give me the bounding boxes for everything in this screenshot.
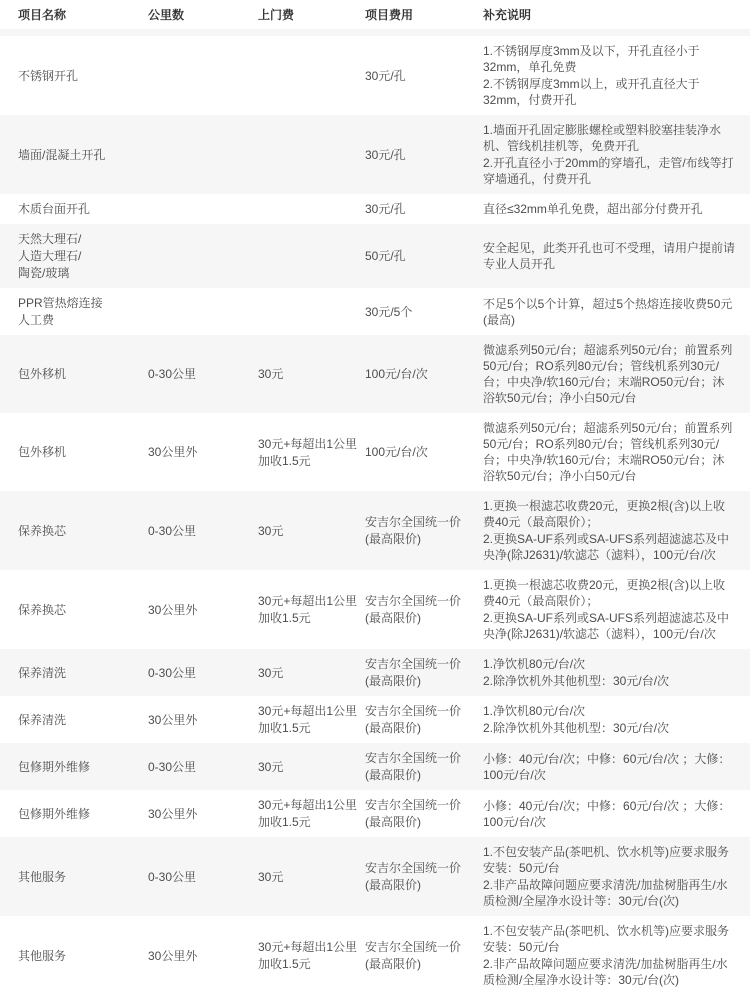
table-body: 不锈钢开孔30元/孔1.不锈钢厚度3mm及以下，开孔直径小于32mm，单孔免费2…	[0, 33, 750, 995]
item-fee-cell: 安吉尔全国统一价(最高限价)	[365, 491, 483, 570]
kilometers-cell	[148, 224, 258, 288]
notes-cell: 微滤系列50元/台；超滤系列50元/台；前置系列50元/台；RO系列80元/台；…	[483, 413, 750, 491]
visit-fee-cell: 30元+每超出1公里加收1.5元	[258, 916, 365, 995]
column-header-notes: 补充说明	[483, 0, 750, 33]
column-header-item-fee: 项目费用	[365, 0, 483, 33]
item-fee-cell: 50元/孔	[365, 224, 483, 288]
kilometers-cell: 30公里外	[148, 790, 258, 837]
item-fee-cell: 安吉尔全国统一价(最高限价)	[365, 837, 483, 916]
table-row: 木质台面开孔30元/孔直径≤32mm单孔免费，超出部分付费开孔	[0, 194, 750, 224]
visit-fee-cell: 30元	[258, 649, 365, 696]
item-fee-cell: 100元/台/次	[365, 413, 483, 491]
table-row: 保养换芯30公里外30元+每超出1公里加收1.5元安吉尔全国统一价(最高限价)1…	[0, 570, 750, 649]
item-name-cell: 木质台面开孔	[0, 194, 148, 224]
item-name-cell: 保养换芯	[0, 570, 148, 649]
table-row: 保养清洗0-30公里30元安吉尔全国统一价(最高限价)1.净饮机80元/台/次2…	[0, 649, 750, 696]
column-header-item-name: 项目名称	[0, 0, 148, 33]
kilometers-cell: 0-30公里	[148, 335, 258, 413]
notes-cell: 1.不包安装产品(茶吧机、饮水机等)应要求服务安装：50元/台2.非产品故障问题…	[483, 837, 750, 916]
item-fee-cell: 100元/台/次	[365, 335, 483, 413]
visit-fee-cell: 30元	[258, 491, 365, 570]
table-row: 其他服务0-30公里30元安吉尔全国统一价(最高限价)1.不包安装产品(茶吧机、…	[0, 837, 750, 916]
item-name-cell: 保养清洗	[0, 649, 148, 696]
item-fee-cell: 安吉尔全国统一价(最高限价)	[365, 916, 483, 995]
kilometers-cell: 30公里外	[148, 570, 258, 649]
visit-fee-cell: 30元+每超出1公里加收1.5元	[258, 570, 365, 649]
service-fee-table: 项目名称 公里数 上门费 项目费用 补充说明 不锈钢开孔30元/孔1.不锈钢厚度…	[0, 0, 750, 995]
kilometers-cell: 30公里外	[148, 916, 258, 995]
item-fee-cell: 安吉尔全国统一价(最高限价)	[365, 570, 483, 649]
item-fee-cell: 安吉尔全国统一价(最高限价)	[365, 696, 483, 743]
visit-fee-cell	[258, 224, 365, 288]
visit-fee-cell	[258, 194, 365, 224]
notes-cell: 1.净饮机80元/台/次2.除净饮机外其他机型：30元/台/次	[483, 649, 750, 696]
kilometers-cell: 0-30公里	[148, 743, 258, 790]
kilometers-cell	[148, 115, 258, 194]
table-row: 墙面/混凝土开孔30元/孔1.墙面开孔固定膨胀螺栓或塑料胶塞挂装净水机、管线机挂…	[0, 115, 750, 194]
visit-fee-cell: 30元+每超出1公里加收1.5元	[258, 790, 365, 837]
visit-fee-cell: 30元+每超出1公里加收1.5元	[258, 413, 365, 491]
table-header: 项目名称 公里数 上门费 项目费用 补充说明	[0, 0, 750, 33]
item-fee-cell: 安吉尔全国统一价(最高限价)	[365, 743, 483, 790]
item-name-cell: 包外移机	[0, 413, 148, 491]
visit-fee-cell: 30元+每超出1公里加收1.5元	[258, 696, 365, 743]
item-fee-cell: 30元/孔	[365, 194, 483, 224]
table-row: 其他服务30公里外30元+每超出1公里加收1.5元安吉尔全国统一价(最高限价)1…	[0, 916, 750, 995]
kilometers-cell: 30公里外	[148, 696, 258, 743]
item-name-cell: 其他服务	[0, 916, 148, 995]
item-name-cell: PPR管热熔连接人工费	[0, 288, 148, 335]
item-name-cell: 包修期外维修	[0, 743, 148, 790]
item-fee-cell: 安吉尔全国统一价(最高限价)	[365, 649, 483, 696]
notes-cell: 小修：40元/台/次；中修：60元/台/次 ；大修：100元/台/次	[483, 790, 750, 837]
item-name-cell: 保养换芯	[0, 491, 148, 570]
notes-cell: 1.净饮机80元/台/次2.除净饮机外其他机型：30元/台/次	[483, 696, 750, 743]
notes-cell: 小修：40元/台/次；中修：60元/台/次 ；大修：100元/台/次	[483, 743, 750, 790]
table-row: 不锈钢开孔30元/孔1.不锈钢厚度3mm及以下，开孔直径小于32mm，单孔免费2…	[0, 33, 750, 116]
notes-cell: 1.墙面开孔固定膨胀螺栓或塑料胶塞挂装净水机、管线机挂机等，免费开孔2.开孔直径…	[483, 115, 750, 194]
notes-cell: 微滤系列50元/台；超滤系列50元/台；前置系列50元/台；RO系列80元/台；…	[483, 335, 750, 413]
table-header-row: 项目名称 公里数 上门费 项目费用 补充说明	[0, 0, 750, 33]
kilometers-cell: 0-30公里	[148, 649, 258, 696]
kilometers-cell	[148, 33, 258, 116]
item-fee-cell: 30元/孔	[365, 33, 483, 116]
notes-cell: 安全起见，此类开孔也可不受理，请用户提前请专业人员开孔	[483, 224, 750, 288]
item-name-cell: 天然大理石/人造大理石/陶瓷/玻璃	[0, 224, 148, 288]
table-row: 包外移机0-30公里30元100元/台/次微滤系列50元/台；超滤系列50元/台…	[0, 335, 750, 413]
notes-cell: 1.更换一根滤芯收费20元，更换2根(含)以上收费40元（最高限价）；2.更换S…	[483, 491, 750, 570]
visit-fee-cell	[258, 288, 365, 335]
item-name-cell: 保养清洗	[0, 696, 148, 743]
notes-cell: 直径≤32mm单孔免费，超出部分付费开孔	[483, 194, 750, 224]
notes-cell: 1.更换一根滤芯收费20元，更换2根(含)以上收费40元（最高限价）；2.更换S…	[483, 570, 750, 649]
kilometers-cell: 30公里外	[148, 413, 258, 491]
notes-cell: 不足5个以5个计算，超过5个热熔连接收费50元(最高)	[483, 288, 750, 335]
table-row: 包外移机30公里外30元+每超出1公里加收1.5元100元/台/次微滤系列50元…	[0, 413, 750, 491]
item-name-cell: 不锈钢开孔	[0, 33, 148, 116]
table-row: 保养换芯0-30公里30元安吉尔全国统一价(最高限价)1.更换一根滤芯收费20元…	[0, 491, 750, 570]
table-row: 包修期外维修0-30公里30元安吉尔全国统一价(最高限价)小修：40元/台/次；…	[0, 743, 750, 790]
kilometers-cell	[148, 288, 258, 335]
item-name-cell: 包修期外维修	[0, 790, 148, 837]
kilometers-cell: 0-30公里	[148, 837, 258, 916]
kilometers-cell	[148, 194, 258, 224]
kilometers-cell: 0-30公里	[148, 491, 258, 570]
visit-fee-cell: 30元	[258, 335, 365, 413]
visit-fee-cell	[258, 33, 365, 116]
item-fee-cell: 30元/孔	[365, 115, 483, 194]
item-name-cell: 包外移机	[0, 335, 148, 413]
table-row: PPR管热熔连接人工费30元/5个不足5个以5个计算，超过5个热熔连接收费50元…	[0, 288, 750, 335]
notes-cell: 1.不包安装产品(茶吧机、饮水机等)应要求服务安装：50元/台2.非产品故障问题…	[483, 916, 750, 995]
item-fee-cell: 30元/5个	[365, 288, 483, 335]
column-header-kilometers: 公里数	[148, 0, 258, 33]
column-header-visit-fee: 上门费	[258, 0, 365, 33]
table-row: 天然大理石/人造大理石/陶瓷/玻璃50元/孔安全起见，此类开孔也可不受理，请用户…	[0, 224, 750, 288]
notes-cell: 1.不锈钢厚度3mm及以下，开孔直径小于32mm，单孔免费2.不锈钢厚度3mm以…	[483, 33, 750, 116]
item-fee-cell: 安吉尔全国统一价(最高限价)	[365, 790, 483, 837]
table-row: 包修期外维修30公里外30元+每超出1公里加收1.5元安吉尔全国统一价(最高限价…	[0, 790, 750, 837]
item-name-cell: 其他服务	[0, 837, 148, 916]
visit-fee-cell: 30元	[258, 743, 365, 790]
visit-fee-cell: 30元	[258, 837, 365, 916]
visit-fee-cell	[258, 115, 365, 194]
table-row: 保养清洗30公里外30元+每超出1公里加收1.5元安吉尔全国统一价(最高限价)1…	[0, 696, 750, 743]
item-name-cell: 墙面/混凝土开孔	[0, 115, 148, 194]
